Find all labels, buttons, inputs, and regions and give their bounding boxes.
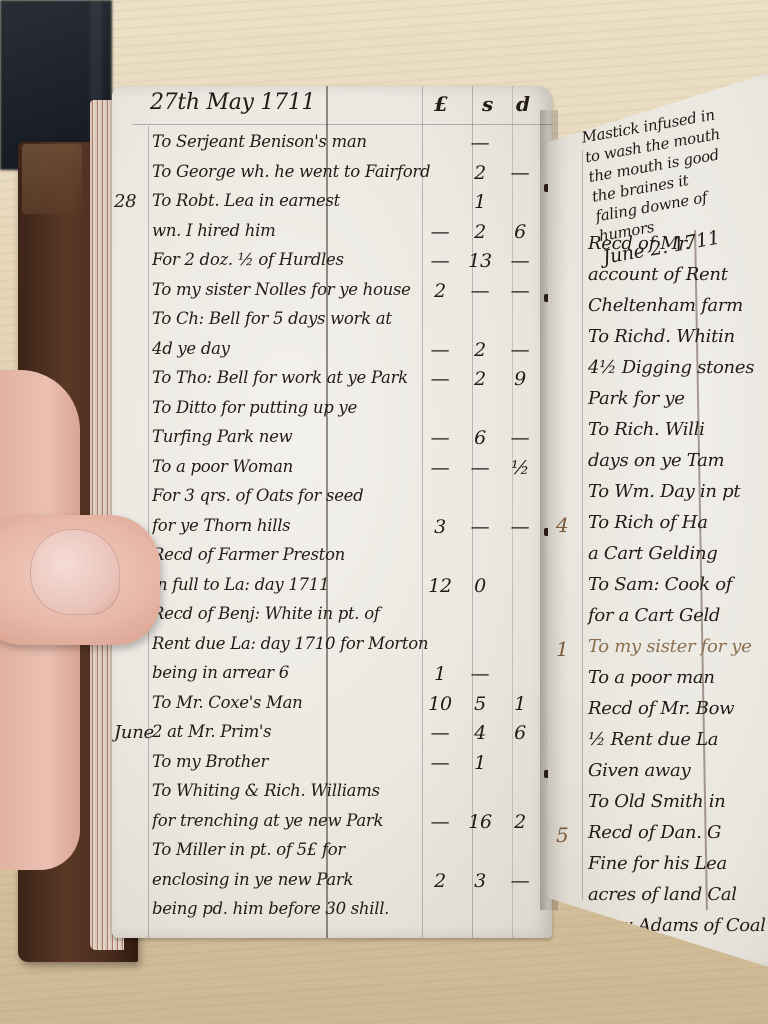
entry-description: To Rich of Ha	[588, 512, 708, 533]
entry-pence: —	[500, 870, 540, 892]
entry-description: for trenching at ye new Park	[152, 811, 442, 830]
entry-pounds: 12	[420, 575, 460, 597]
entry-pence: —	[500, 339, 540, 361]
entry-pounds: —	[420, 722, 460, 744]
entry-description: To a poor Woman	[152, 457, 442, 476]
entry-shillings: 16	[460, 811, 500, 833]
entry-description: days on ye Tam	[588, 450, 724, 471]
entry-pounds: —	[420, 457, 460, 479]
ledger-entry: for a Cart Geld	[548, 602, 768, 633]
entry-shillings: 2	[460, 162, 500, 184]
ledger-entry: Rent due La: day 1710 for Morton	[112, 632, 552, 662]
ledger-entry: To my sister Nolles for ye house2——	[112, 278, 552, 308]
entry-description: For 3 qrs. of Oats for seed	[152, 486, 442, 505]
entry-description: Park for ye	[588, 388, 685, 409]
ruled-line-top	[132, 124, 552, 125]
entry-description: being in arrear 6	[152, 663, 442, 682]
entry-description: being pd. him before 30 shill.	[152, 899, 442, 918]
ledger-entry: To Wm. Day in pt	[548, 478, 768, 509]
ledger-entry: To Rich. Willi	[548, 416, 768, 447]
entry-description: enclosing in ye new Park	[152, 870, 442, 889]
ledger-entry: To a poor man	[548, 664, 768, 695]
entry-shillings: —	[460, 663, 500, 685]
entry-description: Rent due La: day 1710 for Morton	[152, 634, 442, 653]
entry-shillings: 1	[460, 191, 500, 213]
entry-pounds: —	[420, 752, 460, 774]
entry-pounds: —	[420, 427, 460, 449]
ledger-entry: being pd. him before 30 shill.	[112, 897, 552, 927]
entry-description: To a poor man	[588, 667, 715, 688]
entry-description: To Rich. Willi	[588, 419, 705, 440]
entry-pounds: 10	[420, 693, 460, 715]
page-date-heading: 27th May 1711	[150, 90, 315, 115]
entry-description: a Cart Gelding	[588, 543, 718, 564]
ledger-entry: To a poor Woman——½	[112, 455, 552, 485]
entry-description: To Wm. Day in pt	[588, 481, 740, 502]
entry-pounds: —	[420, 250, 460, 272]
ledger-entry: Turfing Park new—6—	[112, 425, 552, 455]
ledger-entry: Given away	[548, 757, 768, 788]
entry-description: Fine for his Lea	[588, 853, 727, 874]
ledger-entry: To Sam: Cook of	[548, 571, 768, 602]
pence-column-header: d	[516, 92, 530, 116]
entry-date: 5	[556, 823, 568, 847]
ledger-entry: Recd of Farmer Preston	[112, 543, 552, 573]
entry-description: Cheltenham farm	[588, 295, 743, 316]
ledger-entry: To Old Smith in	[548, 788, 768, 819]
entry-description: wn. I hired him	[152, 221, 442, 240]
entry-pounds: —	[420, 221, 460, 243]
entry-description: To Tho: Bell for work at ye Park	[152, 368, 442, 387]
ledger-entry: To Tho: Bell for work at ye Park—29	[112, 366, 552, 396]
ledger-entry: 5Recd of Dan. G	[548, 819, 768, 850]
entry-pence: —	[500, 516, 540, 538]
entry-date: 28	[114, 191, 136, 212]
ledger-entry: To my Brother—1	[112, 750, 552, 780]
entry-shillings: 2	[460, 221, 500, 243]
entry-pounds: 3	[420, 516, 460, 538]
entry-shillings: 1	[460, 752, 500, 774]
ledger-entry: Cheltenham farm	[548, 292, 768, 323]
entry-pence: —	[500, 250, 540, 272]
entry-date: 4	[556, 513, 568, 537]
entry-description: To Miller in pt. of 5£ for	[152, 840, 442, 859]
ledger-entry: for trenching at ye new Park—162	[112, 809, 552, 839]
entry-pence: 9	[500, 368, 540, 390]
entry-shillings: —	[460, 457, 500, 479]
entry-description: To Old Smith in	[588, 791, 725, 812]
entry-description: To Robt. Lea in earnest	[152, 191, 442, 210]
ledger-entries: To Serjeant Benison's man—To George wh. …	[112, 130, 552, 927]
thumb	[0, 515, 160, 645]
entry-description: To Ditto for putting up ye	[152, 398, 442, 417]
entry-pounds: —	[420, 339, 460, 361]
pounds-column-header: £	[434, 92, 448, 116]
ledger-entry: wn. I hired him—26	[112, 219, 552, 249]
entry-pence: 1	[500, 693, 540, 715]
right-ledger-entries: Recd of Mr.account of RentCheltenham far…	[548, 230, 768, 943]
ledger-entry: For 2 doz. ½ of Hurdles—13—	[112, 248, 552, 278]
left-page: 27th May 1711 £ s d To Serjeant Benison'…	[112, 86, 552, 938]
entry-description: ½ Rent due La	[588, 729, 718, 750]
entry-shillings: 0	[460, 575, 500, 597]
ledger-entry: To Whiting & Rich. Williams	[112, 779, 552, 809]
entry-shillings: 2	[460, 368, 500, 390]
entry-description: To Sam: Cook of	[588, 574, 732, 595]
entry-pence: ½	[500, 457, 540, 479]
entry-shillings: 13	[460, 250, 500, 272]
ledger-entry: June2 at Mr. Prim's—46	[112, 720, 552, 750]
entry-description: 2 at Mr. Prim's	[152, 722, 442, 741]
entry-description: 4½ Digging stones	[588, 357, 754, 378]
entry-description: To Richd. Whitin	[588, 326, 735, 347]
entry-description: account of Rent	[588, 264, 728, 285]
entry-pence: 6	[500, 722, 540, 744]
ledger-entry: To Ditto for putting up ye	[112, 396, 552, 426]
ledger-entry: enclosing in ye new Park23—	[112, 868, 552, 898]
entry-shillings: 4	[460, 722, 500, 744]
entry-description: Recd of Mr.	[588, 233, 690, 254]
entry-pounds: —	[420, 811, 460, 833]
entry-pence: —	[500, 427, 540, 449]
entry-shillings: —	[460, 280, 500, 302]
ledger-entry: To Ch: Bell for 5 days work at	[112, 307, 552, 337]
entry-description: Recd of Farmer Preston	[152, 545, 442, 564]
entry-pence: —	[500, 280, 540, 302]
entry-pence: 6	[500, 221, 540, 243]
entry-description: Recd of Mr. Bow	[588, 698, 734, 719]
entry-description: To my sister Nolles for ye house	[152, 280, 442, 299]
ledger-entry: Recd of Mr. Bow	[548, 695, 768, 726]
entry-pence: —	[500, 162, 540, 184]
entry-pounds: 2	[420, 280, 460, 302]
ledger-entry: Recd of Mr.	[548, 230, 768, 261]
entry-description: Recd of Benj: White in pt. of	[152, 604, 442, 623]
ledger-entry: ½ Rent due La	[548, 726, 768, 757]
entry-description: for ye Thorn hills	[152, 516, 442, 535]
entry-description: Turfing Park new	[152, 427, 442, 446]
entry-pounds: —	[420, 368, 460, 390]
entry-pounds: 1	[420, 663, 460, 685]
entry-description: To Ch: Bell for 5 days work at	[152, 309, 442, 328]
ledger-entry: For 3 qrs. of Oats for seed	[112, 484, 552, 514]
entry-description: To Whiting & Rich. Williams	[152, 781, 442, 800]
entry-shillings: 2	[460, 339, 500, 361]
entry-description: in full to La: day 1711	[152, 575, 442, 594]
entry-shillings: 3	[460, 870, 500, 892]
ledger-entry: a Cart Gelding	[548, 540, 768, 571]
ledger-entry: for ye Thorn hills3——	[112, 514, 552, 544]
ledger-entry: Fine for his Lea	[548, 850, 768, 881]
ledger-entry: Park for ye	[548, 385, 768, 416]
entry-description: To Mr. Coxe's Man	[152, 693, 442, 712]
ledger-entry: 1To my sister for ye	[548, 633, 768, 664]
ledger-entry: account of Rent	[548, 261, 768, 292]
entry-date: June	[114, 722, 154, 743]
entry-description: For 2 doz. ½ of Hurdles	[152, 250, 442, 269]
ledger-entry: To Serjeant Benison's man—	[112, 130, 552, 160]
entry-shillings: —	[460, 132, 500, 154]
right-page: For the same Mastick infused into wash t…	[548, 70, 768, 970]
ledger-entry: To George wh. he went to Fairford2—	[112, 160, 552, 190]
entry-description: 4d ye day	[152, 339, 442, 358]
entry-shillings: 6	[460, 427, 500, 449]
ledger-entry: being in arrear 61—	[112, 661, 552, 691]
ledger-entry: 4d ye day—2—	[112, 337, 552, 367]
ledger-entry: Recd of Benj: White in pt. of	[112, 602, 552, 632]
ledger-entry: To Mr. Coxe's Man1051	[112, 691, 552, 721]
entry-description: To George wh. he went to Fairford	[152, 162, 442, 181]
entry-description: acres of land Cal	[588, 884, 737, 905]
entry-description: To my sister for ye	[588, 636, 752, 657]
thumbnail-nail	[30, 529, 120, 615]
ledger-entry: 4½ Digging stones	[548, 354, 768, 385]
ledger-entry: 28To Robt. Lea in earnest1	[112, 189, 552, 219]
entry-description: for a Cart Geld	[588, 605, 720, 626]
entry-description: Given away	[588, 760, 690, 781]
entry-description: To my Brother	[152, 752, 442, 771]
shillings-column-header: s	[482, 92, 493, 116]
entry-pounds: 2	[420, 870, 460, 892]
ledger-entry: To Richd. Whitin	[548, 323, 768, 354]
ledger-entry: 4To Rich of Ha	[548, 509, 768, 540]
entry-shillings: —	[460, 516, 500, 538]
entry-date: 1	[556, 637, 568, 661]
entry-description: To Serjeant Benison's man	[152, 132, 442, 151]
ledger-entry: To Miller in pt. of 5£ for	[112, 838, 552, 868]
ledger-entry: days on ye Tam	[548, 447, 768, 478]
ledger-entry: acres of land Cal	[548, 881, 768, 912]
entry-shillings: 5	[460, 693, 500, 715]
entry-description: Recd of Dan. G	[588, 822, 721, 843]
ledger-entry: in full to La: day 1711120	[112, 573, 552, 603]
entry-pence: 2	[500, 811, 540, 833]
